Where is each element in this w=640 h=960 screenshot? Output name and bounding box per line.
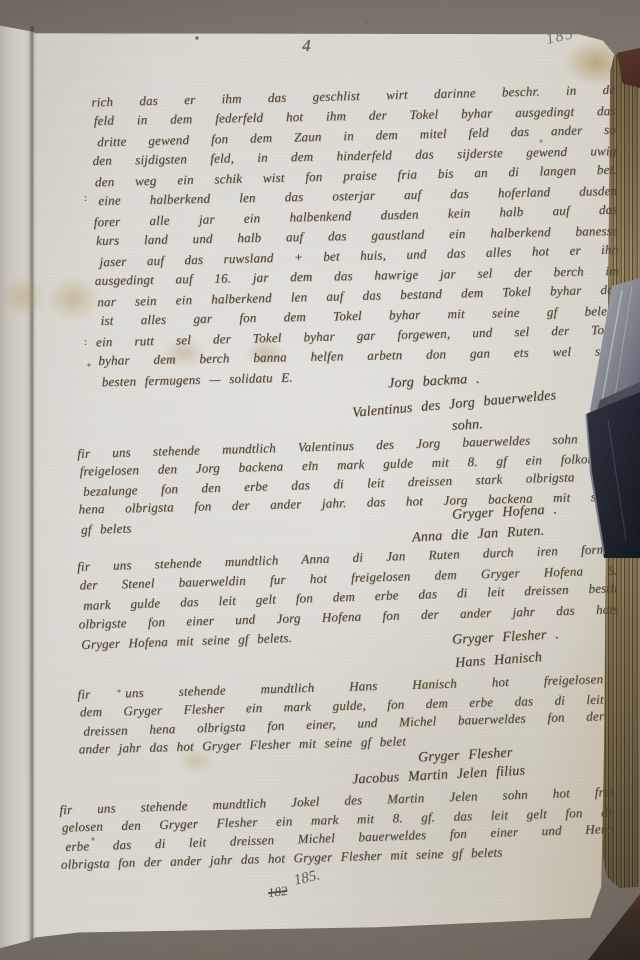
book-cover-corner-bottom [588, 894, 640, 960]
page-header-number: 4 [302, 36, 311, 56]
text-paragraph-2: fir uns stehende mundtlich Valentinus de… [79, 429, 619, 537]
stain [46, 276, 100, 322]
margin-mark: : [84, 336, 87, 348]
old-page-number-struck: 182 [267, 883, 288, 901]
margin-mark: : [84, 192, 87, 204]
stain [0, 276, 46, 318]
book-weight-strap [560, 270, 640, 570]
text-paragraph-5: fir uns stehende mundtlich Jokel des Mar… [61, 784, 615, 873]
text-paragraph-4: fir uns stehende mundtlich Hans Hanisch … [79, 672, 605, 759]
text-paragraph-1: rich das er ihm das geschlist wirt darin… [93, 81, 621, 391]
gutter-crease [29, 26, 36, 940]
ink-speck [0, 0, 2, 2]
manuscript-photo: 4 185 : : rich das er ihm das geschlist … [0, 0, 640, 960]
